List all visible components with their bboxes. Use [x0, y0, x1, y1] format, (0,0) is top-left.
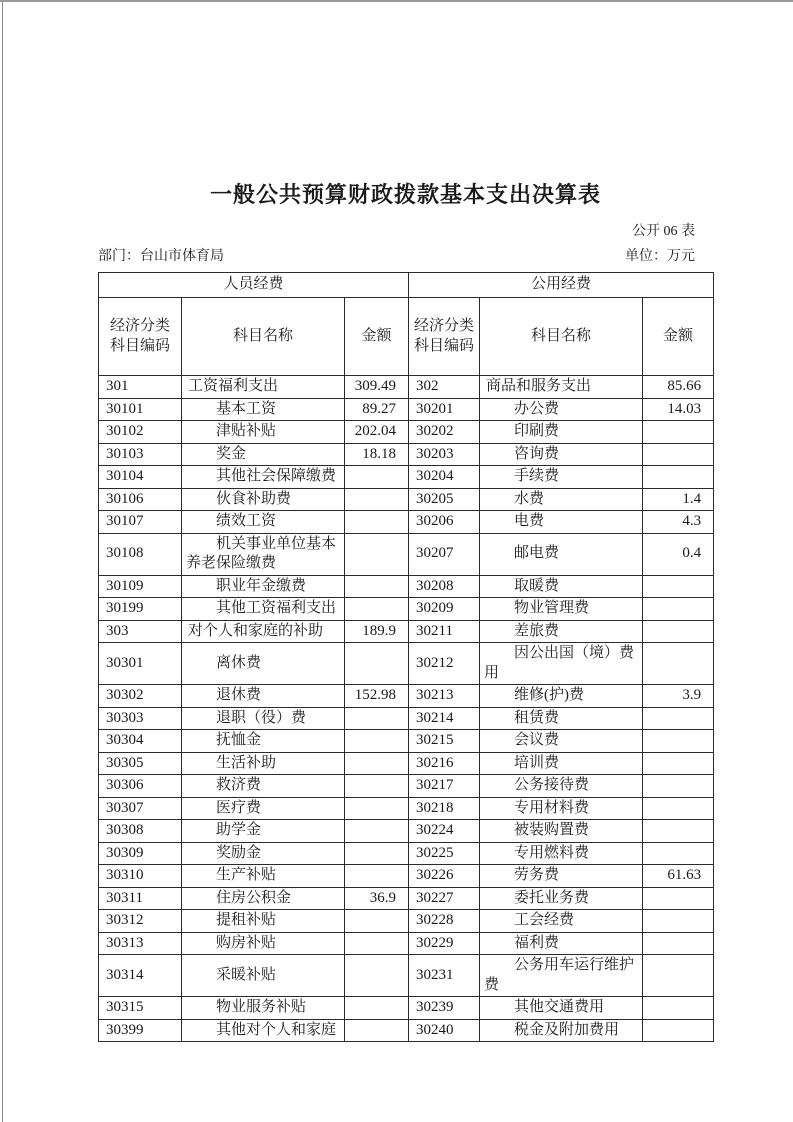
personnel-funds-header: 人员经费: [99, 273, 409, 298]
amount-cell: [345, 997, 409, 1020]
amount-cell: [643, 910, 714, 933]
code-cell: 30304: [99, 730, 182, 753]
col-header-amount-left: 金额: [345, 298, 409, 376]
amount-cell: [643, 955, 714, 997]
code-cell: 30228: [409, 910, 480, 933]
subject-name-cell: 咨询费: [480, 443, 643, 466]
subject-name-cell: 救济费: [182, 775, 345, 798]
subject-name-cell: 劳务费: [480, 865, 643, 888]
subject-name-cell: 电费: [480, 511, 643, 534]
table-row: 30301离休费30212因公出国（境）费用: [99, 643, 714, 685]
page-left-edge-line: [2, 2, 3, 1122]
amount-cell: [643, 707, 714, 730]
amount-cell: 189.9: [345, 620, 409, 643]
subject-name-cell: 其他社会保障缴费: [182, 466, 345, 489]
subject-name-cell: 其他工资福利支出: [182, 598, 345, 621]
col-header-name-left: 科目名称: [182, 298, 345, 376]
amount-cell: [345, 511, 409, 534]
amount-cell: [345, 752, 409, 775]
subject-name-cell: 差旅费: [480, 620, 643, 643]
code-cell: 30214: [409, 707, 480, 730]
table-number: 公开 06 表: [98, 222, 713, 242]
code-cell: 30213: [409, 685, 480, 708]
table-row: 30102津贴补贴202.0430202印刷费: [99, 421, 714, 444]
code-cell: 30229: [409, 932, 480, 955]
code-cell: 30224: [409, 820, 480, 843]
code-cell: 30207: [409, 533, 480, 575]
code-cell: 30303: [99, 707, 182, 730]
amount-cell: [643, 842, 714, 865]
subject-name-cell: 办公费: [480, 398, 643, 421]
code-cell: 30206: [409, 511, 480, 534]
amount-cell: 85.66: [643, 376, 714, 399]
col-header-code-left: 经济分类 科目编码: [99, 298, 182, 376]
subject-name-cell: 手续费: [480, 466, 643, 489]
table-row: 30314采暖补贴30231公务用车运行维护费: [99, 955, 714, 997]
subject-name-cell: 工资福利支出: [182, 376, 345, 399]
code-cell: 30101: [99, 398, 182, 421]
subject-name-cell: 水费: [480, 488, 643, 511]
code-cell: 301: [99, 376, 182, 399]
code-cell: 30315: [99, 997, 182, 1020]
table-row: 30106伙食补助费30205水费1.4: [99, 488, 714, 511]
code-cell: 30202: [409, 421, 480, 444]
subject-name-cell: 公务用车运行维护费: [480, 955, 643, 997]
amount-cell: [643, 443, 714, 466]
code-cell: 30208: [409, 575, 480, 598]
amount-cell: [345, 488, 409, 511]
code-cell: 30305: [99, 752, 182, 775]
code-cell: 30215: [409, 730, 480, 753]
code-cell: 30205: [409, 488, 480, 511]
code-cell: 30240: [409, 1019, 480, 1042]
table-row: 30101基本工资89.2730201办公费14.03: [99, 398, 714, 421]
amount-cell: [345, 775, 409, 798]
col-header-amount-right: 金额: [643, 298, 714, 376]
subject-name-cell: 奖金: [182, 443, 345, 466]
table-row: 30305生活补助30216培训费: [99, 752, 714, 775]
table-row: 30103奖金18.1830203咨询费: [99, 443, 714, 466]
amount-cell: [643, 797, 714, 820]
subject-name-cell: 会议费: [480, 730, 643, 753]
table-row: 303对个人和家庭的补助189.930211差旅费: [99, 620, 714, 643]
subject-name-cell: 绩效工资: [182, 511, 345, 534]
code-cell: 30311: [99, 887, 182, 910]
code-cell: 30239: [409, 997, 480, 1020]
amount-cell: [643, 775, 714, 798]
amount-cell: [345, 842, 409, 865]
amount-cell: [345, 598, 409, 621]
subject-name-cell: 工会经费: [480, 910, 643, 933]
column-header-row: 经济分类 科目编码 科目名称 金额 经济分类 科目编码 科目名称 金额: [99, 298, 714, 376]
amount-cell: 202.04: [345, 421, 409, 444]
col-header-code-right: 经济分类 科目编码: [409, 298, 480, 376]
amount-cell: [345, 730, 409, 753]
amount-cell: [643, 997, 714, 1020]
code-cell: 30314: [99, 955, 182, 997]
subject-name-cell: 购房补贴: [182, 932, 345, 955]
code-cell: 30227: [409, 887, 480, 910]
department-label: 部门：台山市体育局: [98, 247, 224, 267]
code-cell: 30106: [99, 488, 182, 511]
table-row: 30199其他工资福利支出30209物业管理费: [99, 598, 714, 621]
subject-name-cell: 机关事业单位基本养老保险缴费: [182, 533, 345, 575]
amount-cell: [643, 466, 714, 489]
amount-cell: [345, 910, 409, 933]
amount-cell: [345, 797, 409, 820]
subject-name-cell: 津贴补贴: [182, 421, 345, 444]
amount-cell: 309.49: [345, 376, 409, 399]
table-row: 30309奖励金30225专用燃料费: [99, 842, 714, 865]
amount-cell: [345, 865, 409, 888]
amount-cell: [345, 575, 409, 598]
document-page: 一般公共预算财政拨款基本支出决算表 公开 06 表 部门：台山市体育局 单位：万…: [0, 0, 793, 1122]
unit-label: 单位：万元: [625, 247, 695, 267]
subject-name-cell: 采暖补贴: [182, 955, 345, 997]
subject-name-cell: 离休费: [182, 643, 345, 685]
subject-name-cell: 其他交通费用: [480, 997, 643, 1020]
amount-cell: 36.9: [345, 887, 409, 910]
amount-cell: 89.27: [345, 398, 409, 421]
code-cell: 30312: [99, 910, 182, 933]
code-cell: 30217: [409, 775, 480, 798]
subject-name-cell: 维修(护)费: [480, 685, 643, 708]
table-row: 30109职业年金缴费30208取暖费: [99, 575, 714, 598]
code-header-line1: 经济分类: [103, 317, 177, 337]
code-cell: 30302: [99, 685, 182, 708]
subject-name-cell: 退职（役）费: [182, 707, 345, 730]
subject-name-cell: 奖励金: [182, 842, 345, 865]
amount-cell: 18.18: [345, 443, 409, 466]
table-row: 30306救济费30217公务接待费: [99, 775, 714, 798]
subject-name-cell: 对个人和家庭的补助: [182, 620, 345, 643]
code-cell: 30102: [99, 421, 182, 444]
subject-name-cell: 物业管理费: [480, 598, 643, 621]
code-cell: 30199: [99, 598, 182, 621]
code-cell: 30209: [409, 598, 480, 621]
code-cell: 30108: [99, 533, 182, 575]
subject-name-cell: 住房公积金: [182, 887, 345, 910]
subject-name-cell: 被装购置费: [480, 820, 643, 843]
document-content: 一般公共预算财政拨款基本支出决算表 公开 06 表 部门：台山市体育局 单位：万…: [98, 180, 713, 1042]
table-row: 30313购房补贴30229福利费: [99, 932, 714, 955]
code-cell: 30313: [99, 932, 182, 955]
subject-name-cell: 商品和服务支出: [480, 376, 643, 399]
table-row: 301工资福利支出309.49302商品和服务支出85.66: [99, 376, 714, 399]
subject-name-cell: 福利费: [480, 932, 643, 955]
table-row: 30104其他社会保障缴费30204手续费: [99, 466, 714, 489]
subject-name-cell: 生活补助: [182, 752, 345, 775]
amount-cell: [345, 707, 409, 730]
amount-cell: [345, 643, 409, 685]
amount-cell: [643, 575, 714, 598]
code-header-line2: 科目编码: [103, 337, 177, 357]
amount-cell: [643, 620, 714, 643]
amount-cell: 152.98: [345, 685, 409, 708]
subject-name-cell: 印刷费: [480, 421, 643, 444]
table-row: 30307医疗费30218专用材料费: [99, 797, 714, 820]
table-row: 30108机关事业单位基本养老保险缴费30207邮电费0.4: [99, 533, 714, 575]
code-cell: 30216: [409, 752, 480, 775]
group-header-row: 人员经费 公用经费: [99, 273, 714, 298]
code-header-line2: 科目编码: [413, 337, 475, 357]
subject-name-cell: 委托业务费: [480, 887, 643, 910]
amount-cell: [345, 955, 409, 997]
subject-name-cell: 专用燃料费: [480, 842, 643, 865]
subject-name-cell: 取暖费: [480, 575, 643, 598]
subject-name-cell: 租赁费: [480, 707, 643, 730]
code-cell: 30306: [99, 775, 182, 798]
amount-cell: 1.4: [643, 488, 714, 511]
table-row: 30311住房公积金36.930227委托业务费: [99, 887, 714, 910]
amount-cell: [345, 466, 409, 489]
amount-cell: 3.9: [643, 685, 714, 708]
subject-name-cell: 基本工资: [182, 398, 345, 421]
table-row: 30302退休费152.9830213维修(护)费3.9: [99, 685, 714, 708]
code-cell: 30301: [99, 643, 182, 685]
subject-name-cell: 专用材料费: [480, 797, 643, 820]
code-header-line1: 经济分类: [413, 317, 475, 337]
code-cell: 30103: [99, 443, 182, 466]
amount-cell: 14.03: [643, 398, 714, 421]
subject-name-cell: 物业服务补贴: [182, 997, 345, 1020]
code-cell: 30310: [99, 865, 182, 888]
code-cell: 30204: [409, 466, 480, 489]
amount-cell: [345, 932, 409, 955]
code-cell: 30212: [409, 643, 480, 685]
subject-name-cell: 助学金: [182, 820, 345, 843]
code-cell: 30104: [99, 466, 182, 489]
subject-name-cell: 公务接待费: [480, 775, 643, 798]
page-title: 一般公共预算财政拨款基本支出决算表: [98, 180, 713, 210]
table-row: 30304抚恤金30215会议费: [99, 730, 714, 753]
table-row: 30399其他对个人和家庭30240税金及附加费用: [99, 1019, 714, 1042]
table-row: 30107绩效工资30206电费4.3: [99, 511, 714, 534]
subject-name-cell: 培训费: [480, 752, 643, 775]
budget-table: 人员经费 公用经费 经济分类 科目编码 科目名称 金额 经济分类 科目编码 科目…: [98, 272, 714, 1042]
amount-cell: [643, 1019, 714, 1042]
amount-cell: [643, 730, 714, 753]
code-cell: 30231: [409, 955, 480, 997]
amount-cell: 0.4: [643, 533, 714, 575]
amount-cell: [643, 820, 714, 843]
subject-name-cell: 邮电费: [480, 533, 643, 575]
amount-cell: [643, 932, 714, 955]
code-cell: 30399: [99, 1019, 182, 1042]
subject-name-cell: 职业年金缴费: [182, 575, 345, 598]
table-row: 30308助学金30224被装购置费: [99, 820, 714, 843]
code-cell: 303: [99, 620, 182, 643]
table-row: 30315物业服务补贴30239其他交通费用: [99, 997, 714, 1020]
code-cell: 30107: [99, 511, 182, 534]
code-cell: 30308: [99, 820, 182, 843]
public-funds-header: 公用经费: [409, 273, 714, 298]
subject-name-cell: 提租补贴: [182, 910, 345, 933]
subject-name-cell: 伙食补助费: [182, 488, 345, 511]
code-cell: 30307: [99, 797, 182, 820]
subject-name-cell: 抚恤金: [182, 730, 345, 753]
code-cell: 302: [409, 376, 480, 399]
amount-cell: [643, 421, 714, 444]
amount-cell: [345, 1019, 409, 1042]
code-cell: 30218: [409, 797, 480, 820]
amount-cell: [643, 752, 714, 775]
amount-cell: [643, 887, 714, 910]
amount-cell: 4.3: [643, 511, 714, 534]
subject-name-cell: 退休费: [182, 685, 345, 708]
subject-name-cell: 医疗费: [182, 797, 345, 820]
table-body: 301工资福利支出309.49302商品和服务支出85.6630101基本工资8…: [99, 376, 714, 1042]
col-header-name-right: 科目名称: [480, 298, 643, 376]
amount-cell: [345, 533, 409, 575]
table-row: 30303退职（役）费30214租赁费: [99, 707, 714, 730]
subject-name-cell: 生产补贴: [182, 865, 345, 888]
amount-cell: [643, 643, 714, 685]
meta-row: 部门：台山市体育局 单位：万元: [98, 247, 713, 267]
subject-name-cell: 其他对个人和家庭: [182, 1019, 345, 1042]
amount-cell: [643, 598, 714, 621]
table-row: 30310生产补贴30226劳务费61.63: [99, 865, 714, 888]
amount-cell: 61.63: [643, 865, 714, 888]
subject-name-cell: 税金及附加费用: [480, 1019, 643, 1042]
code-cell: 30201: [409, 398, 480, 421]
amount-cell: [345, 820, 409, 843]
subject-name-cell: 因公出国（境）费用: [480, 643, 643, 685]
code-cell: 30203: [409, 443, 480, 466]
code-cell: 30211: [409, 620, 480, 643]
code-cell: 30109: [99, 575, 182, 598]
code-cell: 30225: [409, 842, 480, 865]
code-cell: 30226: [409, 865, 480, 888]
table-row: 30312提租补贴30228工会经费: [99, 910, 714, 933]
code-cell: 30309: [99, 842, 182, 865]
